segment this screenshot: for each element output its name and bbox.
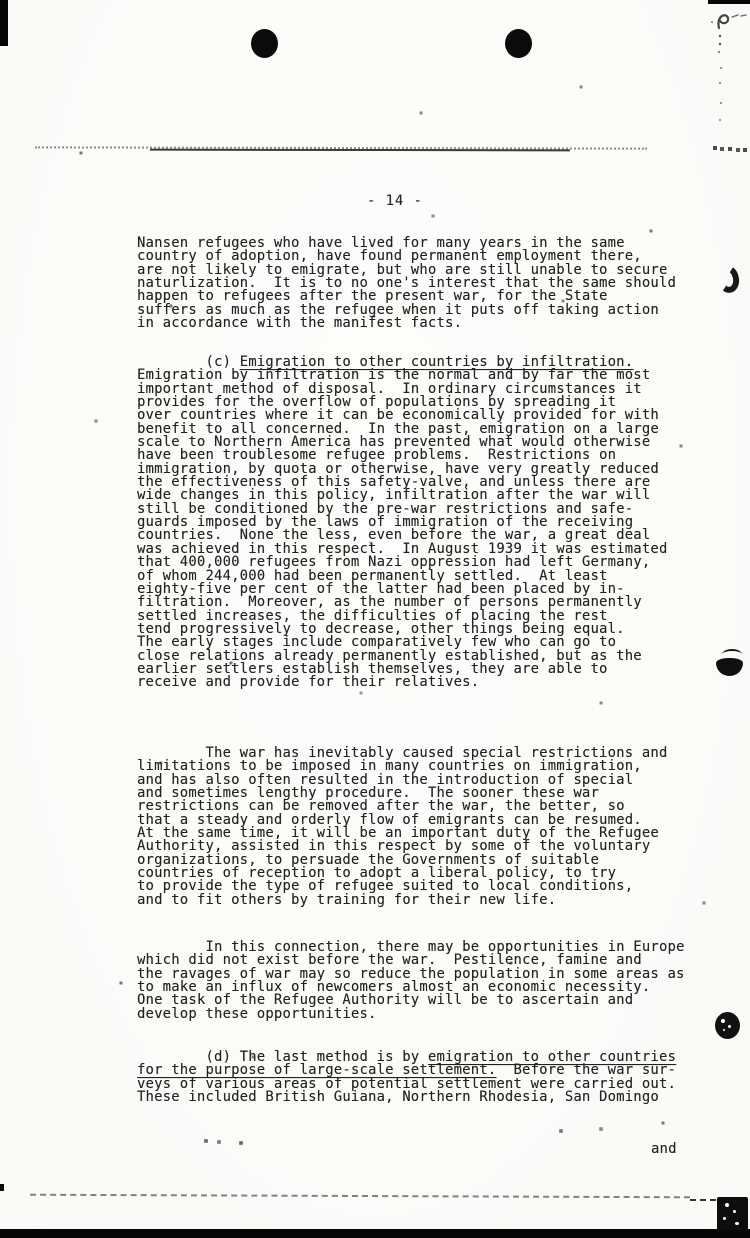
paper-speckles bbox=[0, 0, 2, 2]
paragraph-war-restrictions: The war has inevitably caused special re… bbox=[137, 747, 668, 907]
paragraph-in-this-connection: In this connection, there may be opportu… bbox=[137, 941, 685, 1021]
corner-scan-block bbox=[717, 1197, 748, 1230]
top-crease-line-dark-segment bbox=[150, 149, 570, 151]
paragraph-c-body: Emigration by infiltration is the normal… bbox=[137, 367, 668, 690]
page-number: - 14 - bbox=[367, 195, 423, 208]
paragraph-nansen-refugees: Nansen refugees who have lived for many … bbox=[137, 237, 676, 330]
bottom-edge-scan-strip bbox=[0, 1229, 750, 1238]
catchword: and bbox=[651, 1143, 677, 1156]
ink-smudge-dot-icon bbox=[715, 1012, 740, 1039]
bottom-crease-line bbox=[30, 1194, 690, 1199]
left-edge-mark bbox=[0, 1184, 4, 1191]
left-edge-scan-strip bbox=[0, 0, 8, 46]
hole-punch-icon bbox=[505, 29, 532, 58]
bottom-crease-line-fragment bbox=[690, 1199, 716, 1201]
ink-smudge-crescent-icon bbox=[714, 263, 741, 295]
paragraph-d-large-scale-settlement: (d) The last method is by emigration to … bbox=[137, 1051, 676, 1104]
ink-smudge-halfmoon-icon bbox=[716, 658, 743, 676]
scanned-document-page: - 14 - Nansen refugees who have lived fo… bbox=[0, 0, 750, 1238]
top-right-edge-scan-strip bbox=[708, 0, 750, 4]
pencil-squiggle-icon bbox=[710, 8, 750, 153]
paragraph-c-infiltration: (c) Emigration to other countries by inf… bbox=[137, 356, 668, 690]
hole-punch-icon bbox=[251, 29, 278, 58]
